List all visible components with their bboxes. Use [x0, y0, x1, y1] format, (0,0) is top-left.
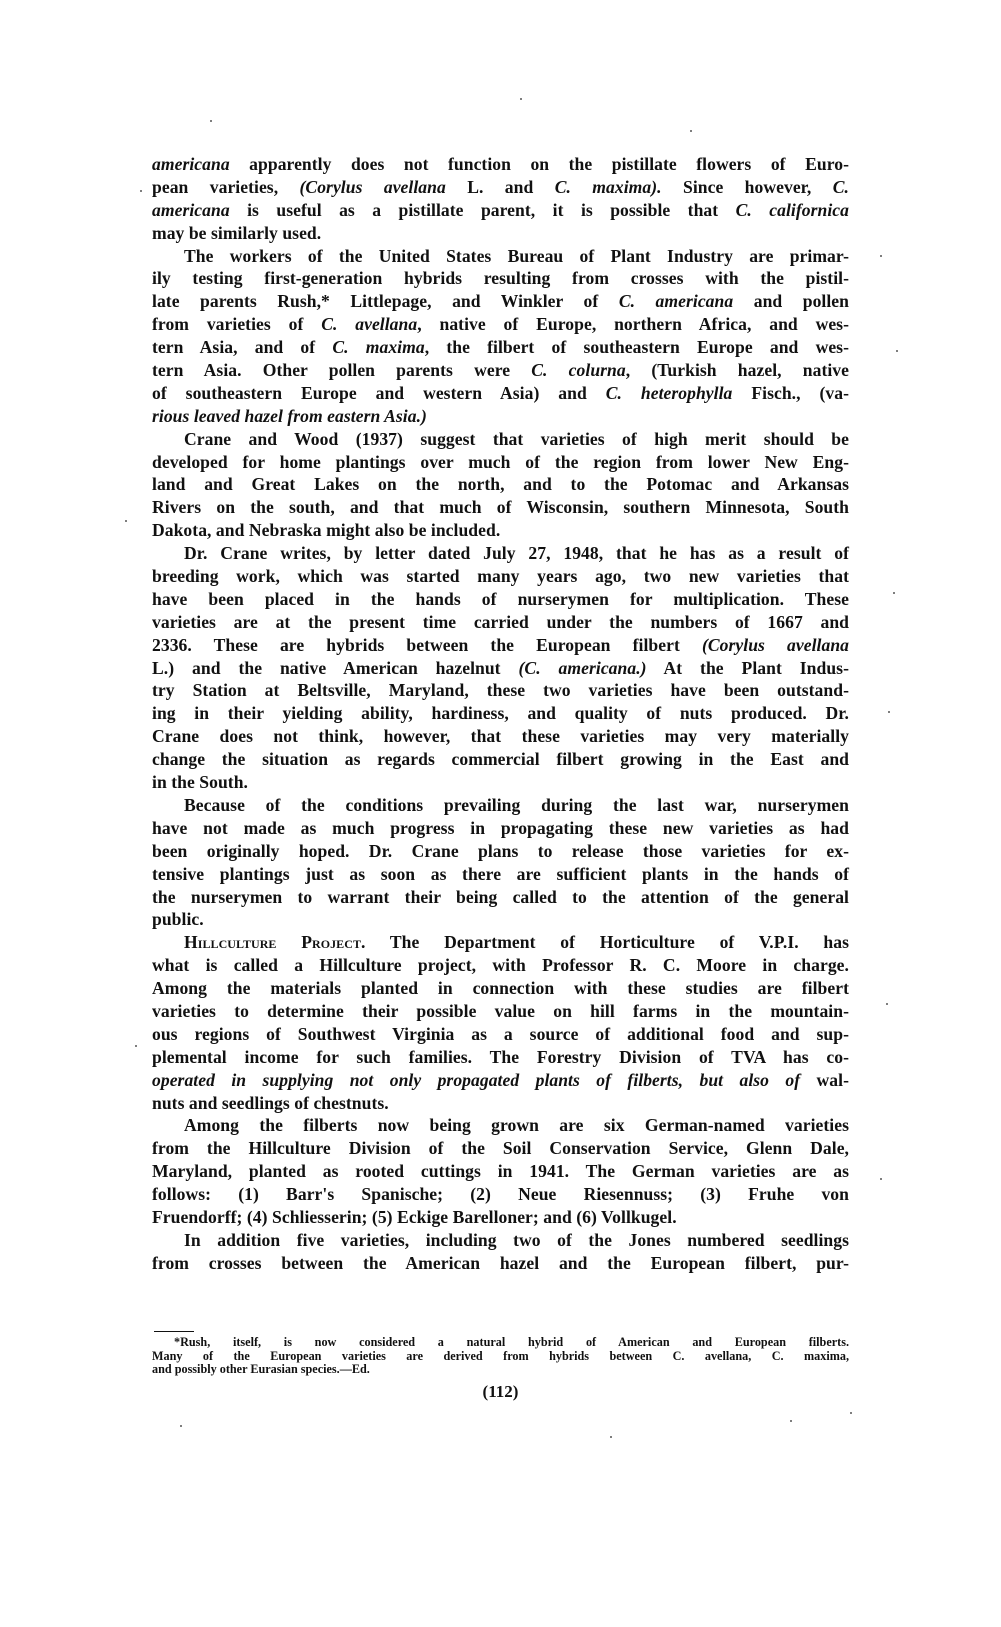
- text-line: Crane does not think, however, that thes…: [152, 725, 849, 748]
- text-line: been originally hoped. Dr. Crane plans t…: [152, 840, 849, 863]
- speck: [896, 350, 898, 352]
- speck: [210, 120, 212, 122]
- text-line: rious leaved hazel from eastern Asia.): [152, 405, 849, 428]
- speck: [880, 255, 882, 257]
- paragraph: In addition five varieties, including tw…: [152, 1229, 849, 1275]
- text-line: from varieties of C. avellana, native of…: [152, 313, 849, 336]
- paragraph: Crane and Wood (1937) suggest that varie…: [152, 428, 849, 542]
- text-line: americana is useful as a pistillate pare…: [152, 199, 849, 222]
- text-line: the nurserymen to warrant their being ca…: [152, 886, 849, 909]
- text-line: In addition five varieties, including tw…: [152, 1229, 849, 1252]
- speck: [893, 592, 895, 594]
- text-line: developed for home plantings over much o…: [152, 451, 849, 474]
- speck: [520, 98, 522, 100]
- text-line: operated in supplying not only propagate…: [152, 1069, 849, 1092]
- text-line: Hillculture Project. The Department of H…: [152, 931, 849, 954]
- text-line: public.: [152, 908, 849, 931]
- speck: [690, 130, 692, 132]
- speck: [880, 1178, 882, 1180]
- text-line: Rivers on the south, and that much of Wi…: [152, 496, 849, 519]
- text-line: have been placed in the hands of nursery…: [152, 588, 849, 611]
- text-line: change the situation as regards commerci…: [152, 748, 849, 771]
- text-line: 2336. These are hybrids between the Euro…: [152, 634, 849, 657]
- text-line: of southeastern Europe and western Asia)…: [152, 382, 849, 405]
- text-line: plemental income for such families. The …: [152, 1046, 849, 1069]
- speck: [790, 1420, 792, 1422]
- text-line: Maryland, planted as rooted cuttings in …: [152, 1160, 849, 1183]
- text-line: in the South.: [152, 771, 849, 794]
- text-line: tensive plantings just as soon as there …: [152, 863, 849, 886]
- footnote-line: *Rush, itself, is now considered a natur…: [152, 1336, 849, 1350]
- speck: [135, 1045, 137, 1047]
- text-line: tern Asia. Other pollen parents were C. …: [152, 359, 849, 382]
- footnote: *Rush, itself, is now considered a natur…: [152, 1336, 849, 1377]
- speck: [888, 711, 890, 713]
- text-line: ily testing first-generation hybrids res…: [152, 267, 849, 290]
- speck: [850, 1412, 852, 1414]
- text-line: breeding work, which was started many ye…: [152, 565, 849, 588]
- speck: [886, 1003, 888, 1005]
- text-line: varieties are at the present time carrie…: [152, 611, 849, 634]
- text-line: from crosses between the American hazel …: [152, 1252, 849, 1275]
- text-line: what is called a Hillculture project, wi…: [152, 954, 849, 977]
- text-line: land and Great Lakes on the north, and t…: [152, 473, 849, 496]
- speck: [180, 1425, 182, 1427]
- text-line: The workers of the United States Bureau …: [152, 245, 849, 268]
- text-line: follows: (1) Barr's Spanische; (2) Neue …: [152, 1183, 849, 1206]
- text-line: Fruendorff; (4) Schliesserin; (5) Eckige…: [152, 1206, 849, 1229]
- text-line: L.) and the native American hazelnut (C.…: [152, 657, 849, 680]
- text-line: nuts and seedlings of chestnuts.: [152, 1092, 849, 1115]
- text-line: Dr. Crane writes, by letter dated July 2…: [152, 542, 849, 565]
- paragraph: Among the filberts now being grown are s…: [152, 1114, 849, 1228]
- text-line: late parents Rush,* Littlepage, and Wink…: [152, 290, 849, 313]
- text-line: from the Hillculture Division of the Soi…: [152, 1137, 849, 1160]
- text-line: try Station at Beltsville, Maryland, the…: [152, 679, 849, 702]
- page-number: (112): [0, 1382, 1001, 1402]
- text-line: Dakota, and Nebraska might also be inclu…: [152, 519, 849, 542]
- footnote-line: Many of the European varieties are deriv…: [152, 1350, 849, 1364]
- paragraph: The workers of the United States Bureau …: [152, 245, 849, 428]
- speck: [125, 520, 127, 522]
- text-line: pean varieties, (Corylus avellana L. and…: [152, 176, 849, 199]
- text-line: tern Asia, and of C. maxima, the filbert…: [152, 336, 849, 359]
- text-line: may be similarly used.: [152, 222, 849, 245]
- footnote-divider: [154, 1331, 194, 1332]
- text-line: Crane and Wood (1937) suggest that varie…: [152, 428, 849, 451]
- page-body: americana apparently does not function o…: [152, 153, 849, 1275]
- text-line: Because of the conditions prevailing dur…: [152, 794, 849, 817]
- text-line: varieties to determine their possible va…: [152, 1000, 849, 1023]
- text-line: americana apparently does not function o…: [152, 153, 849, 176]
- text-line: Among the filberts now being grown are s…: [152, 1114, 849, 1137]
- paragraph: Because of the conditions prevailing dur…: [152, 794, 849, 931]
- speck: [140, 190, 142, 192]
- paragraph: Dr. Crane writes, by letter dated July 2…: [152, 542, 849, 794]
- paragraph: americana apparently does not function o…: [152, 153, 849, 245]
- text-line: have not made as much progress in propag…: [152, 817, 849, 840]
- text-line: ing in their yielding ability, hardiness…: [152, 702, 849, 725]
- text-line: ous regions of Southwest Virginia as a s…: [152, 1023, 849, 1046]
- speck: [610, 1436, 612, 1438]
- paragraph-hillculture-project: Hillculture Project. The Department of H…: [152, 931, 849, 1114]
- text-line: Among the materials planted in connectio…: [152, 977, 849, 1000]
- footnote-line: and possibly other Eurasian species.—Ed.: [152, 1363, 849, 1377]
